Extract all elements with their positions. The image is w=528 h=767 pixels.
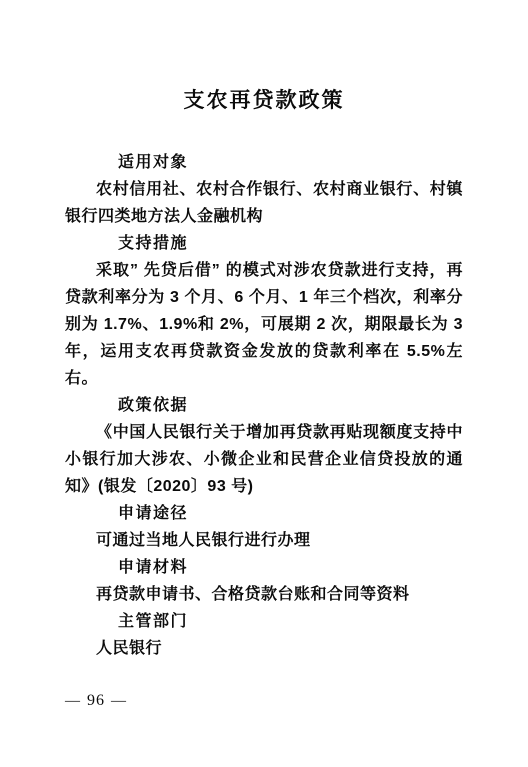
page-title: 支农再贷款政策 <box>65 90 463 112</box>
section-body-support-measures: 采取” 先贷后借” 的模式对涉农贷款进行支持，再贷款利率分为 3 个月、6 个月… <box>65 257 463 392</box>
section-heading-application-materials: 申请材料 <box>65 554 463 581</box>
section-body-application-materials: 再贷款申请书、合格贷款台账和合同等资料 <box>65 581 463 608</box>
footer-dash-left: — <box>65 693 81 709</box>
section-body-competent-department: 人民银行 <box>65 635 463 662</box>
section-heading-applicable-targets: 适用对象 <box>65 149 463 176</box>
section-body-application-channel: 可通过当地人民银行进行办理 <box>65 527 463 554</box>
section-body-applicable-targets: 农村信用社、农村合作银行、农村商业银行、村镇银行四类地方法人金融机构 <box>65 176 463 230</box>
section-heading-policy-basis: 政策依据 <box>65 392 463 419</box>
section-heading-support-measures: 支持措施 <box>65 230 463 257</box>
page-footer: —96— <box>65 692 127 710</box>
page-number: 96 <box>81 692 111 709</box>
footer-dash-right: — <box>111 693 127 709</box>
section-body-policy-basis: 《中国人民银行关于增加再贷款再贴现额度支持中小银行加大涉农、小微企业和民营企业信… <box>65 419 463 500</box>
document-content: 适用对象 农村信用社、农村合作银行、农村商业银行、村镇银行四类地方法人金融机构 … <box>65 149 463 662</box>
document-page: 支农再贷款政策 适用对象 农村信用社、农村合作银行、农村商业银行、村镇银行四类地… <box>0 0 528 767</box>
section-heading-application-channel: 申请途径 <box>65 500 463 527</box>
section-heading-competent-department: 主管部门 <box>65 608 463 635</box>
